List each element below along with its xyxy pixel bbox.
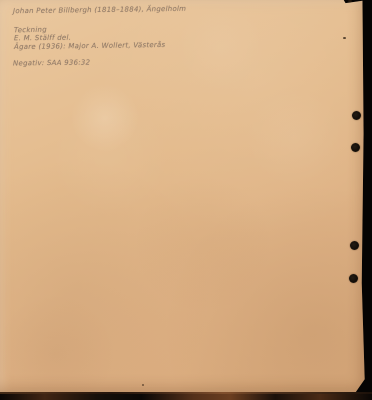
paper-speck xyxy=(343,37,346,39)
punch-hole xyxy=(349,274,358,283)
handwritten-line-owner: Ägare (1936): Major A. Wollert, Västerås xyxy=(14,41,166,51)
handwritten-line-artist: E. M. Stälff del. xyxy=(14,34,71,43)
handwritten-line-negative: Negativ: SAA 936:32 xyxy=(13,59,90,68)
paper-bottom-edge-shadow xyxy=(0,392,372,400)
paper-speck xyxy=(142,384,144,386)
punch-hole xyxy=(351,143,360,152)
paper-speck xyxy=(348,0,352,2)
punch-hole xyxy=(350,241,359,250)
scanned-paper-card: Johan Peter Billbergh (1818–1884), Ängel… xyxy=(0,0,368,393)
handwritten-line-title: Johan Peter Billbergh (1818–1884), Ängel… xyxy=(13,5,186,15)
punch-hole xyxy=(352,111,361,120)
